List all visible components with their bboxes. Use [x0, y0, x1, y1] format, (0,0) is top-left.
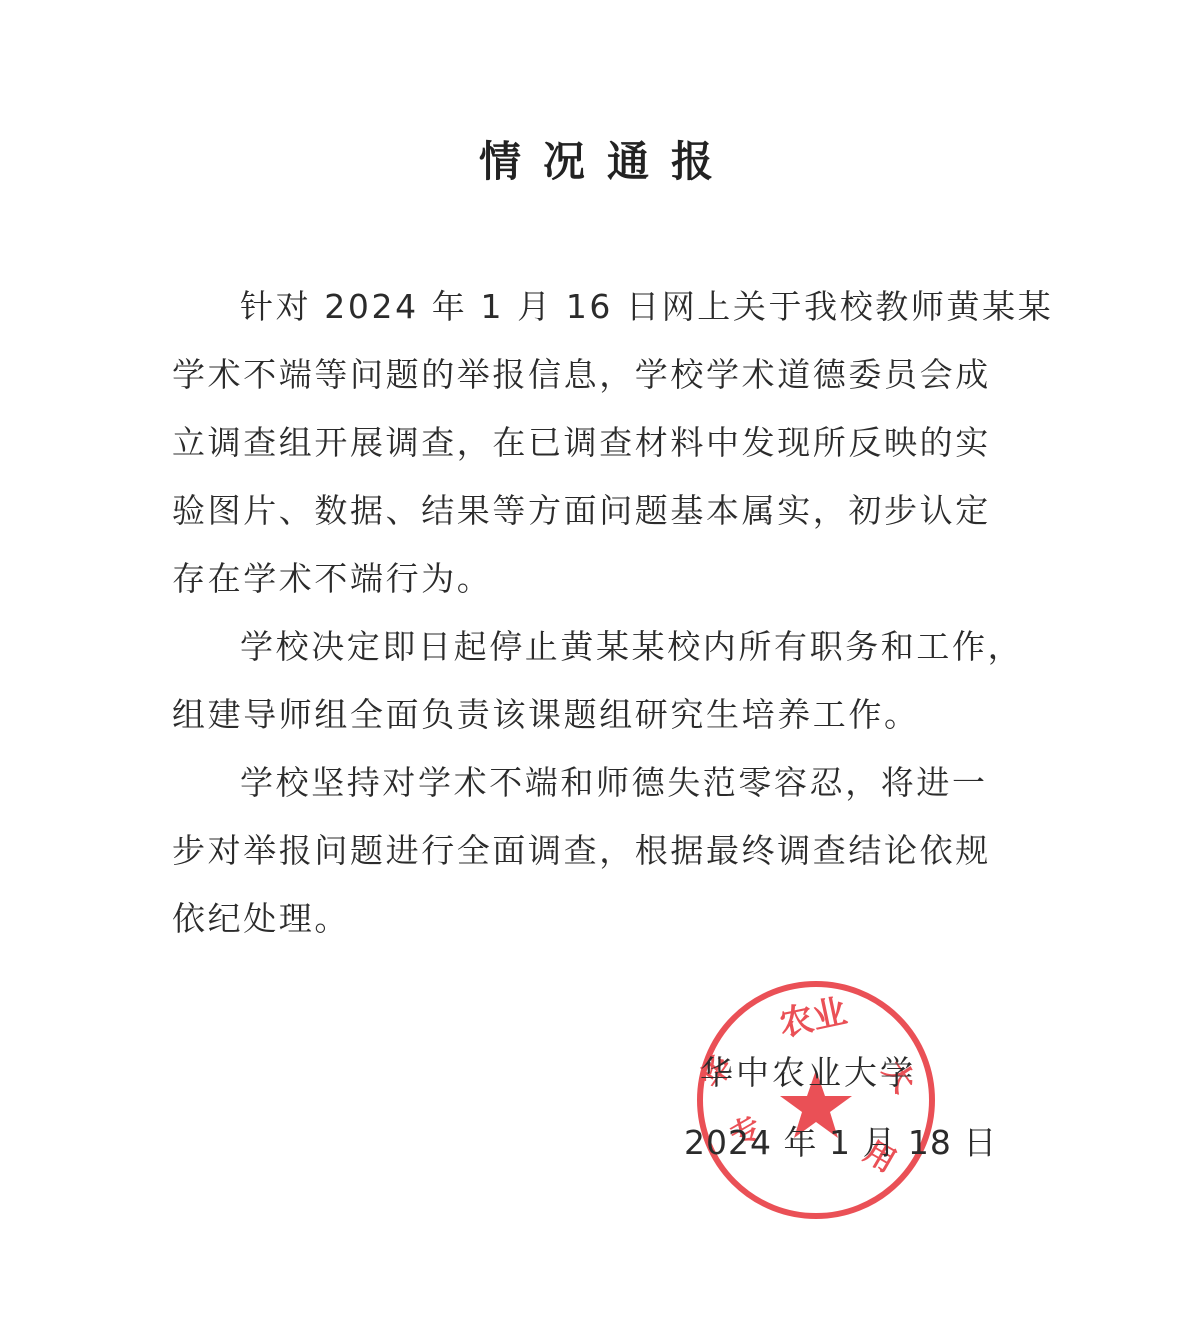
paragraph-2-line-1: 学校决定即日起停止黄某某校内所有职务和工作， — [172, 624, 1002, 692]
paragraph-3-line-2: 步对举报问题进行全面调查，根据最终调查结论依规 — [172, 828, 1002, 896]
paragraph-1-line-3: 立调查组开展调查，在已调查材料中发现所反映的实 — [172, 420, 1002, 488]
paragraph-2-line-2: 组建导师组全面负责该课题组研究生培养工作。 — [172, 692, 1002, 760]
paragraph-1-line-1: 针对 2024 年 1 月 16 日网上关于我校教师黄某某 — [172, 284, 1002, 352]
document-title: 情况通报 — [0, 132, 1200, 192]
paragraph-1-line-4: 验图片、数据、结果等方面问题基本属实，初步认定 — [172, 488, 1002, 556]
seal-text-left: 农业 — [776, 992, 851, 1045]
paragraph-3-line-3: 依纪处理。 — [172, 896, 1002, 964]
paragraph-3-line-1: 学校坚持对学术不端和师德失范零容忍，将进一 — [172, 760, 1002, 828]
paragraph-1-line-2: 学术不端等问题的举报信息，学校学术道德委员会成 — [172, 352, 1002, 420]
signature-organization: 华中农业大学 — [700, 1050, 916, 1096]
document-page: 情况通报 针对 2024 年 1 月 16 日网上关于我校教师黄某某 学术不端等… — [0, 0, 1200, 1318]
paragraph-1-line-5: 存在学术不端行为。 — [172, 556, 1002, 624]
signature-date: 2024 年 1 月 18 日 — [684, 1120, 997, 1166]
official-seal-icon: 农业 华 大 专 用 — [694, 978, 938, 1222]
document-body: 针对 2024 年 1 月 16 日网上关于我校教师黄某某 学术不端等问题的举报… — [172, 284, 1002, 964]
